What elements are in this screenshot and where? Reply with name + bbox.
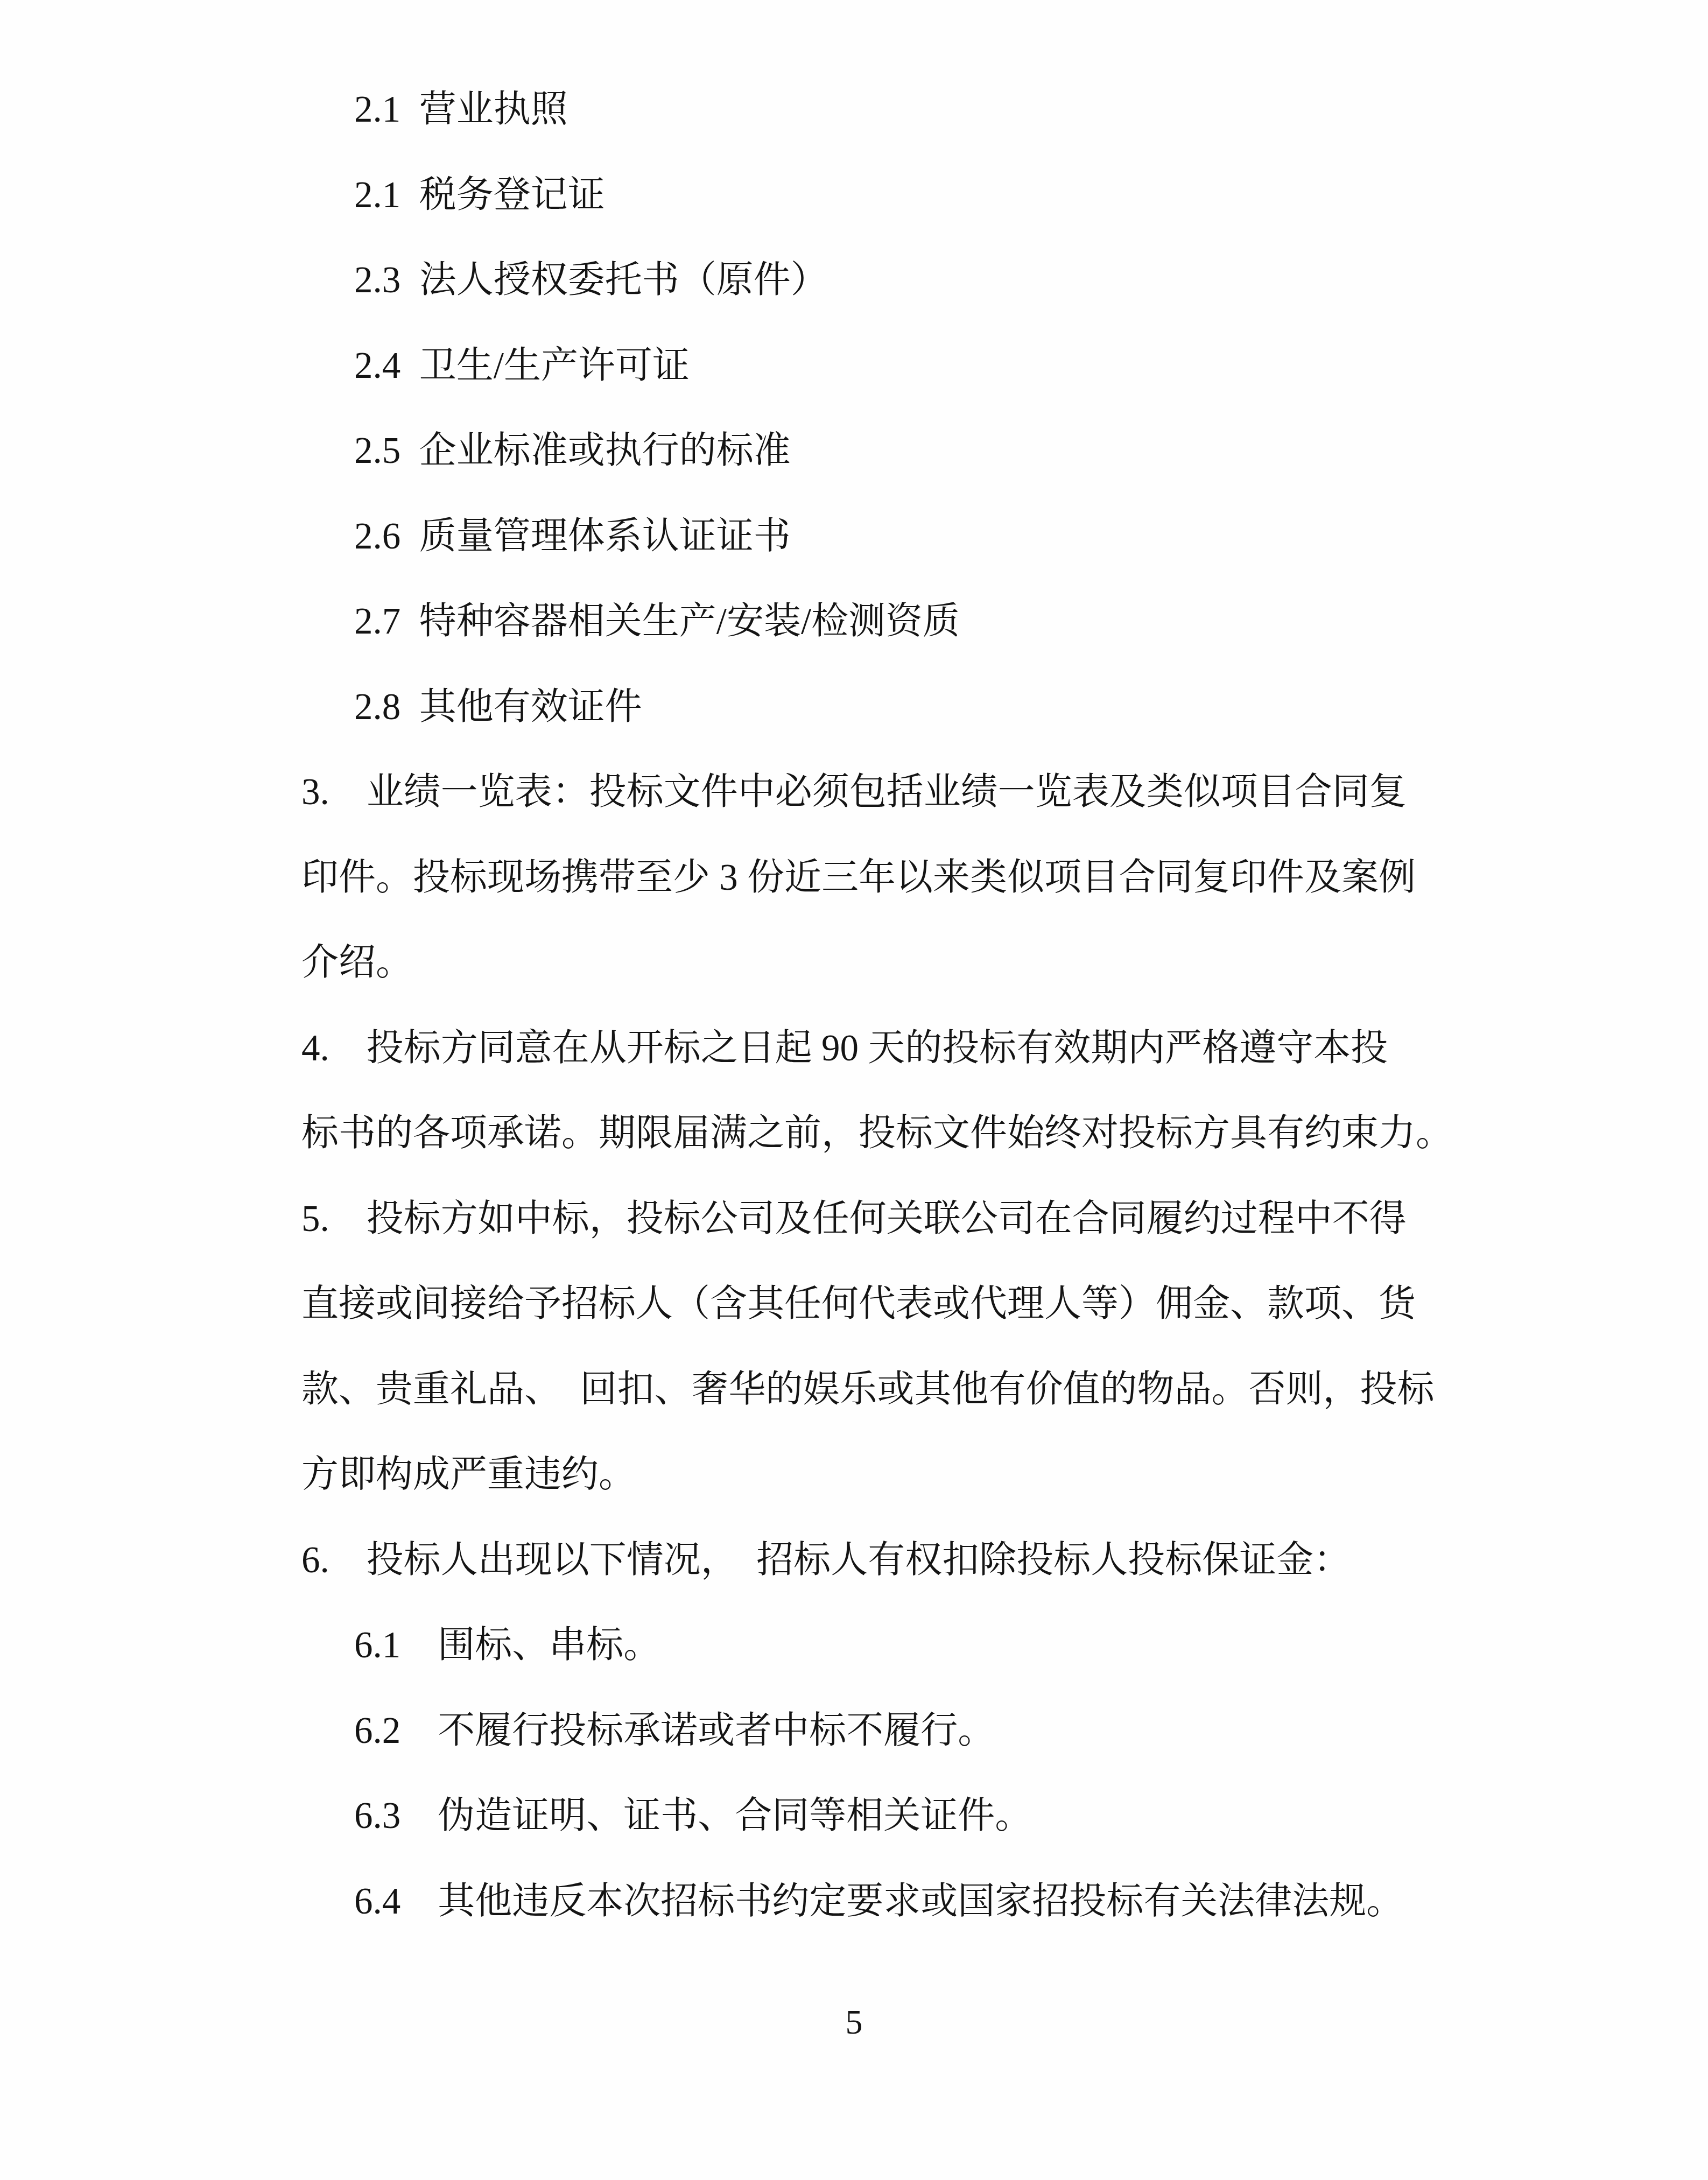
text-line: 款、贵重礼品、 回扣、奢华的娱乐或其他有价值的物品。否则，投标 (301, 1347, 1426, 1432)
text-line: 6.4 其他违反本次招标书约定要求或国家招投标有关法律法规。 (301, 1859, 1426, 1944)
text-line: 6.1 围标、串标。 (301, 1602, 1426, 1688)
text-line: 方即构成严重违约。 (301, 1432, 1426, 1517)
text-line: 6.3 伪造证明、证书、合同等相关证件。 (301, 1773, 1426, 1859)
text-line: 6.2 不履行投标承诺或者中标不履行。 (301, 1688, 1426, 1774)
text-line: 2.7 特种容器相关生产/安装/检测资质 (301, 579, 1426, 664)
text-line: 2.3 法人授权委托书（原件） (301, 237, 1426, 323)
text-line: 2.8 其他有效证件 (301, 664, 1426, 750)
text-line: 6. 投标人出现以下情况， 招标人有权扣除投标人投标保证金： (301, 1517, 1426, 1603)
text-line: 介绍。 (301, 920, 1426, 1005)
page-number: 5 (0, 1980, 1708, 2065)
text-line: 4. 投标方同意在从开标之日起 90 天的投标有效期内严格遵守本投 (301, 1005, 1426, 1091)
text-line: 2.1 税务登记证 (301, 152, 1426, 238)
document-body: 2.1 营业执照2.1 税务登记证2.3 法人授权委托书（原件）2.4 卫生/生… (301, 67, 1426, 1944)
text-line: 2.4 卫生/生产许可证 (301, 323, 1426, 409)
text-line: 2.1 营业执照 (301, 67, 1426, 152)
text-line: 印件。投标现场携带至少 3 份近三年以来类似项目合同复印件及案例 (301, 835, 1426, 920)
text-line: 2.5 企业标准或执行的标准 (301, 408, 1426, 494)
text-line: 5. 投标方如中标，投标公司及任何关联公司在合同履约过程中不得 (301, 1176, 1426, 1262)
text-line: 3. 业绩一览表：投标文件中必须包括业绩一览表及类似项目合同复 (301, 749, 1426, 835)
document-page: 2.1 营业执照2.1 税务登记证2.3 法人授权委托书（原件）2.4 卫生/生… (0, 0, 1708, 2180)
text-line: 2.6 质量管理体系认证证书 (301, 494, 1426, 579)
text-line: 标书的各项承诺。期限届满之前，投标文件始终对投标方具有约束力。 (301, 1091, 1426, 1176)
text-line: 直接或间接给予招标人（含其任何代表或代理人等）佣金、款项、货 (301, 1261, 1426, 1347)
